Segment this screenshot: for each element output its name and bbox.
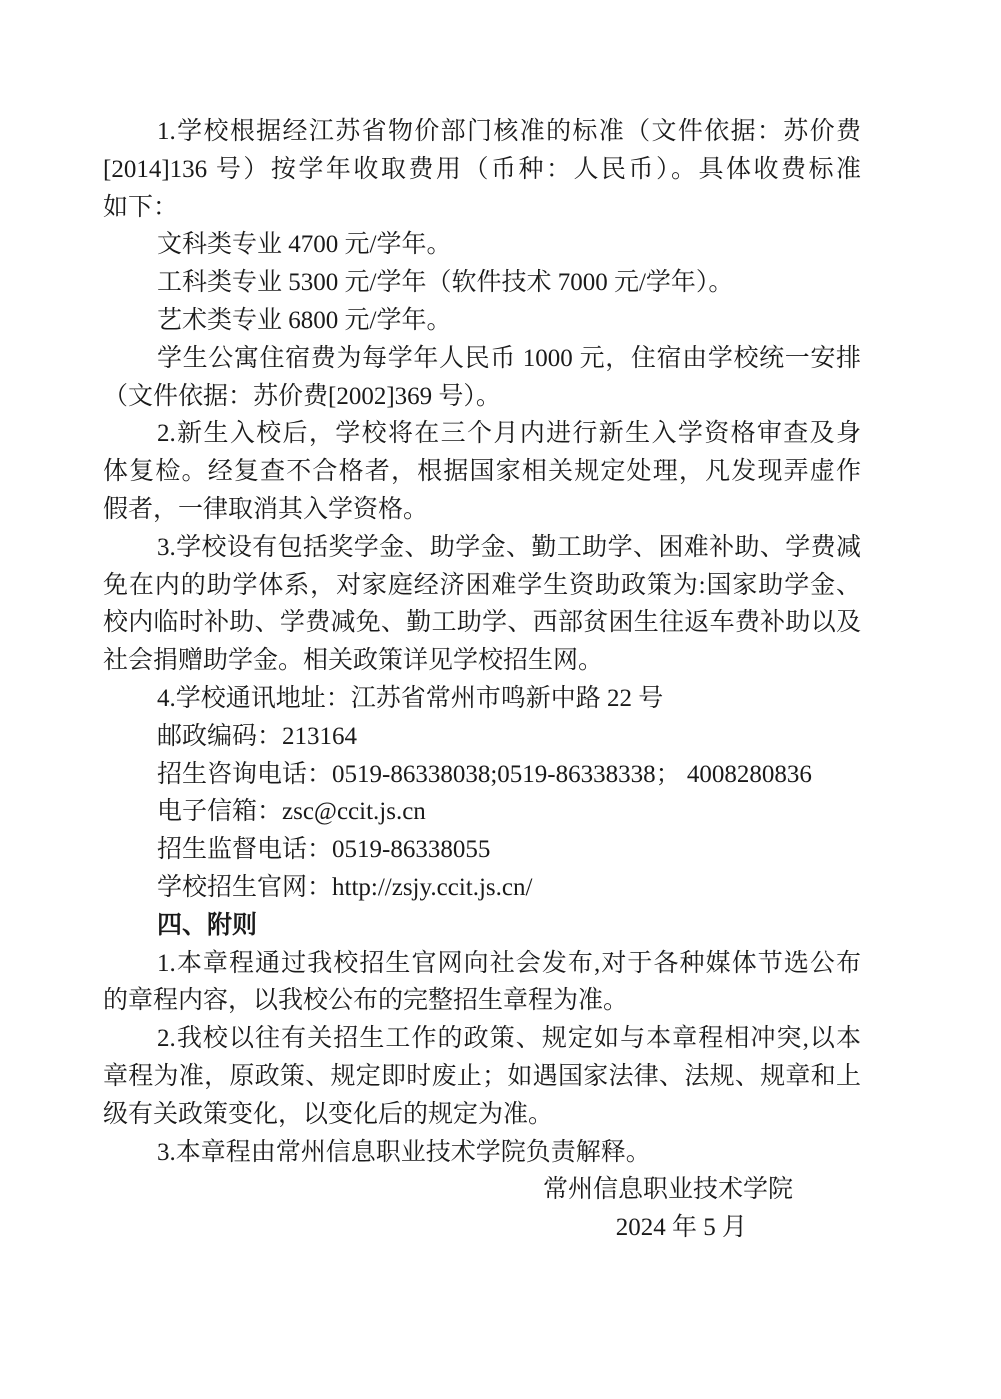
appendix-rule-line: 1.本章程通过我校招生官网向社会发布,对于各种媒体节选公布 [103,945,861,983]
document-content: 1.学校根据经江苏省物价部门核准的标准（文件依据：苏价费 [2014]136 号… [103,113,861,1247]
fee-paragraph-line: 如下： [103,189,861,227]
tuition-art-line: 艺术类专业 6800 元/学年。 [103,302,861,340]
section-heading-appendix: 四、附则 [103,907,861,945]
appendix-rule-line: 的章程内容，以我校公布的完整招生章程为准。 [103,982,861,1020]
enrollment-review-line: 体复检。经复查不合格者，根据国家相关规定处理，凡发现弄虚作 [103,453,861,491]
appendix-rule-line: 2.我校以往有关招生工作的政策、规定如与本章程相冲突,以本 [103,1020,861,1058]
tuition-engineering-line: 工科类专业 5300 元/学年（软件技术 7000 元/学年）。 [103,264,861,302]
appendix-rule-line: 章程为准，原政策、规定即时废止；如遇国家法律、法规、规章和上 [103,1058,861,1096]
address-line: 4.学校通讯地址：江苏省常州市鸣新中路 22 号 [103,680,861,718]
supervision-phone-line: 招生监督电话：0519-86338055 [103,831,861,869]
appendix-rule-line: 级有关政策变化，以变化后的规定为准。 [103,1096,861,1134]
admission-phone-line: 招生咨询电话：0519-86338038;0519-86338338； 4008… [103,756,861,794]
tuition-liberal-arts-line: 文科类专业 4700 元/学年。 [103,226,861,264]
email-line: 电子信箱：zsc@ccit.js.cn [103,793,861,831]
signature-organization: 常州信息职业技术学院 [103,1171,861,1209]
enrollment-review-line: 2.新生入校后，学校将在三个月内进行新生入学资格审查及身 [103,415,861,453]
financial-aid-line: 社会捐赠助学金。相关政策详见学校招生网。 [103,642,861,680]
dorm-fee-line: 学生公寓住宿费为每学年人民币 1000 元，住宿由学校统一安排 [103,340,861,378]
financial-aid-line: 免在内的助学体系，对家庭经济困难学生资助政策为:国家助学金、 [103,567,861,605]
fee-paragraph-line: 1.学校根据经江苏省物价部门核准的标准（文件依据：苏价费 [103,113,861,151]
enrollment-review-line: 假者，一律取消其入学资格。 [103,491,861,529]
fee-paragraph-line: [2014]136 号）按学年收取费用（币种：人民币）。具体收费标准 [103,151,861,189]
signature-date: 2024 年 5 月 [103,1209,861,1247]
admission-website-line: 学校招生官网：http://zsjy.ccit.js.cn/ [103,869,861,907]
financial-aid-line: 3.学校设有包括奖学金、助学金、勤工助学、困难补助、学费减 [103,529,861,567]
document-page: 1.学校根据经江苏省物价部门核准的标准（文件依据：苏价费 [2014]136 号… [0,0,1001,1399]
dorm-fee-line: （文件依据：苏价费[2002]369 号）。 [103,378,861,416]
financial-aid-line: 校内临时补助、学费减免、勤工助学、西部贫困生往返车费补助以及 [103,604,861,642]
appendix-rule-line: 3.本章程由常州信息职业技术学院负责解释。 [103,1134,861,1172]
postcode-line: 邮政编码：213164 [103,718,861,756]
